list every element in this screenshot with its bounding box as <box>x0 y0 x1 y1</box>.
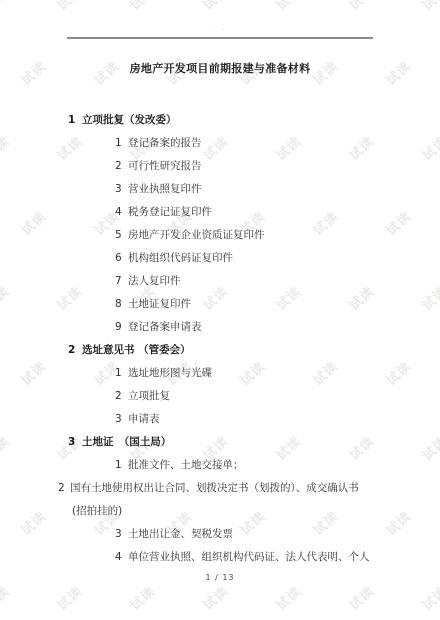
list-item: 5房地产开发企业资质证复印件 <box>0 223 440 246</box>
watermark-text: 试读 <box>198 0 232 14</box>
watermark-text: 试读 <box>52 581 86 614</box>
section-number: 2 <box>68 344 82 356</box>
page-number: 1 / 13 <box>0 573 440 583</box>
list-item: 7法人复印件 <box>0 269 440 292</box>
list-item: 4单位营业执照、组织机构代码证、法人代表明、个人 <box>0 545 440 568</box>
item-number: 3 <box>115 528 128 540</box>
item-text: 法人复印件 <box>128 273 181 288</box>
watermark-text: 试读 <box>417 581 440 614</box>
item-number: 2 <box>115 390 128 402</box>
section-heading-text: 立项批复（发改委） <box>82 112 177 127</box>
item-number: 2 <box>115 160 128 172</box>
watermark-text: 试读 <box>52 0 86 14</box>
list-item: 8土地证复印件 <box>0 292 440 315</box>
watermark-text: 试读 <box>0 0 13 14</box>
document-page: 试读试读试读试读试读试读试读试读试读试读试读试读试读试读试读试读试读试读试读试读… <box>0 0 440 620</box>
list-item: 3申请表 <box>0 407 440 430</box>
list-item: 4税务登记证复印件 <box>0 200 440 223</box>
item-number: 8 <box>115 298 128 310</box>
list-item: 9登记备案申请表 <box>0 315 440 338</box>
list-item: 3土地出让金、契税发票 <box>0 522 440 545</box>
watermark-text: 试读 <box>198 581 232 614</box>
page-title: 房地产开发项目前期报建与准备材料 <box>0 62 440 76</box>
watermark-text: 试读 <box>125 581 159 614</box>
watermark-text: 试读 <box>271 581 305 614</box>
item-number: 3 <box>115 183 128 195</box>
item-text: 申请表 <box>128 411 160 426</box>
list-item: 3营业执照复印件 <box>0 177 440 200</box>
item-text-continuation: (招拍挂的) <box>0 499 440 522</box>
list-item: 2可行性研究报告 <box>0 154 440 177</box>
item-number: 1 <box>115 137 128 149</box>
item-number: 4 <box>115 206 128 218</box>
section-heading: 1立项批复（发改委） <box>0 108 440 131</box>
document-content: · · 房地产开发项目前期报建与准备材料 1立项批复（发改委）1登记备案的报告2… <box>0 27 440 583</box>
list-item: 2立项批复 <box>0 384 440 407</box>
list-item: 2国有土地使用权出让合同、划拨决定书（划拨的）、成交确认书 <box>0 476 440 499</box>
section-number: 1 <box>68 114 82 126</box>
item-number: 7 <box>115 275 128 287</box>
item-text: 登记备案申请表 <box>128 319 202 334</box>
section-heading-text: 土地证 （国土局） <box>82 434 171 449</box>
item-number: 5 <box>115 229 128 241</box>
section-number: 3 <box>68 436 82 448</box>
item-text: 国有土地使用权出让合同、划拨决定书（划拨的）、成交确认书 <box>70 480 359 495</box>
item-number: 4 <box>115 551 128 563</box>
section-heading: 2选址意见书 （管委会） <box>0 338 440 361</box>
item-number: 9 <box>115 321 128 333</box>
watermark-text: 试读 <box>344 0 378 14</box>
item-text: 可行性研究报告 <box>128 158 202 173</box>
watermark-text: 试读 <box>417 0 440 14</box>
item-number: 1 <box>115 459 128 471</box>
watermark-text: 试读 <box>125 0 159 14</box>
list-item: 1登记备案的报告 <box>0 131 440 154</box>
header-rule <box>67 37 373 39</box>
item-text: 登记备案的报告 <box>128 135 202 150</box>
watermark-text: 试读 <box>344 581 378 614</box>
list-item: 1选址地形图与光碟 <box>0 361 440 384</box>
item-number: 1 <box>115 367 128 379</box>
list-item: 1批准文件、土地交接单； <box>0 453 440 476</box>
watermark-text: 试读 <box>271 0 305 14</box>
section-heading-text: 选址意见书 （管委会） <box>82 342 191 357</box>
item-text: 房地产开发企业资质证复印件 <box>128 227 265 242</box>
document-body: 1立项批复（发改委）1登记备案的报告2可行性研究报告3营业执照复印件4税务登记证… <box>0 108 440 568</box>
list-item: 6机构组织代码证复印件 <box>0 246 440 269</box>
item-number: 3 <box>115 413 128 425</box>
page-header-marks: · · <box>0 27 440 34</box>
item-text: 单位营业执照、组织机构代码证、法人代表明、个人 <box>128 549 370 564</box>
watermark-text: 试读 <box>0 581 13 614</box>
item-text: 营业执照复印件 <box>128 181 202 196</box>
item-text: 土地出让金、契税发票 <box>128 526 233 541</box>
item-text: 批准文件、土地交接单； <box>128 457 244 472</box>
item-text: 立项批复 <box>128 388 170 403</box>
item-text: 土地证复印件 <box>128 296 191 311</box>
item-number: 2 <box>58 482 70 494</box>
item-text: 税务登记证复印件 <box>128 204 212 219</box>
section-heading: 3土地证 （国土局） <box>0 430 440 453</box>
item-text: 选址地形图与光碟 <box>128 365 212 380</box>
item-text: 机构组织代码证复印件 <box>128 250 233 265</box>
item-number: 6 <box>115 252 128 264</box>
